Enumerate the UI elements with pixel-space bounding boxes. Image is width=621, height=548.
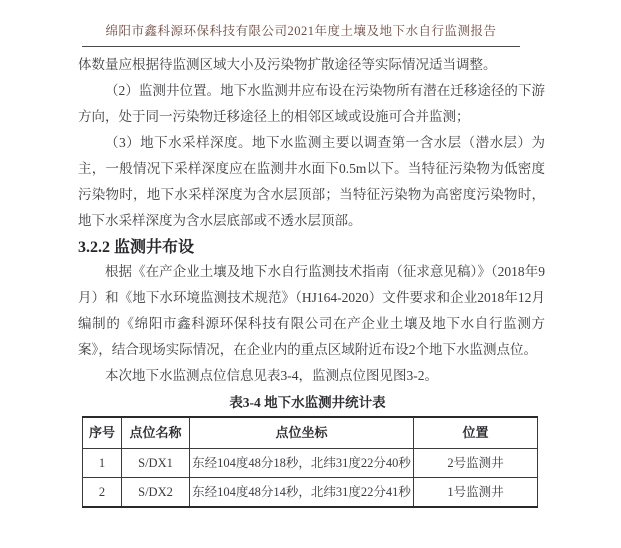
- report-page: 绵阳市鑫科源环保科技有限公司2021年度土壤及地下水自行监测报告 体数量应根据待…: [0, 0, 621, 548]
- cell-coordinates: 东经104度48分14秒，北纬31度22分41秒: [190, 478, 414, 508]
- cell-index: 1: [83, 449, 122, 478]
- cell-point-name: S/DX2: [122, 478, 190, 508]
- paragraph-layout-basis: 根据《在产企业土壤及地下水自行监测技术指南（征求意见稿）》（2018年9月）和《…: [78, 259, 545, 363]
- running-head-title: 绵阳市鑫科源环保科技有限公司2021年度土壤及地下水自行监测报告: [82, 21, 520, 47]
- paragraph-table-reference: 本次地下水监测点位信息见表3-4，监测点位图见图3-2。: [78, 363, 545, 389]
- table-header-row: 序号 点位名称 点位坐标 位置: [83, 417, 538, 449]
- paragraph-well-location: （2）监测井位置。地下水监测井应布设在污染物所有潜在迁移途径的下游方向，处于同一…: [78, 78, 545, 130]
- table-caption: 表3-4 地下水监测井统计表: [78, 392, 537, 414]
- column-header-index: 序号: [83, 417, 122, 449]
- cell-location: 1号监测井: [414, 478, 538, 508]
- monitoring-well-table: 序号 点位名称 点位坐标 位置 1 S/DX1 东经104度48分18秒，北纬3…: [82, 416, 538, 508]
- paragraph-adjustment-note: 体数量应根据待监测区域大小及污染物扩散途径等实际情况适当调整。: [78, 52, 545, 78]
- table-row: 2 S/DX2 东经104度48分14秒，北纬31度22分41秒 1号监测井: [83, 478, 538, 508]
- cell-location: 2号监测井: [414, 449, 538, 478]
- cell-coordinates: 东经104度48分18秒，北纬31度22分40秒: [190, 449, 414, 478]
- column-header-point-name: 点位名称: [122, 417, 190, 449]
- table-row: 1 S/DX1 东经104度48分18秒，北纬31度22分40秒 2号监测井: [83, 449, 538, 478]
- section-heading-3-2-2: 3.2.2 监测井布设: [78, 237, 545, 259]
- column-header-coordinates: 点位坐标: [190, 417, 414, 449]
- paragraph-sampling-depth: （3）地下水采样深度。地下水监测主要以调查第一含水层（潜水层）为主，一般情况下采…: [78, 130, 545, 234]
- document-body: 体数量应根据待监测区域大小及污染物扩散途径等实际情况适当调整。 （2）监测井位置…: [78, 52, 545, 508]
- cell-point-name: S/DX1: [122, 449, 190, 478]
- cell-index: 2: [83, 478, 122, 508]
- column-header-location: 位置: [414, 417, 538, 449]
